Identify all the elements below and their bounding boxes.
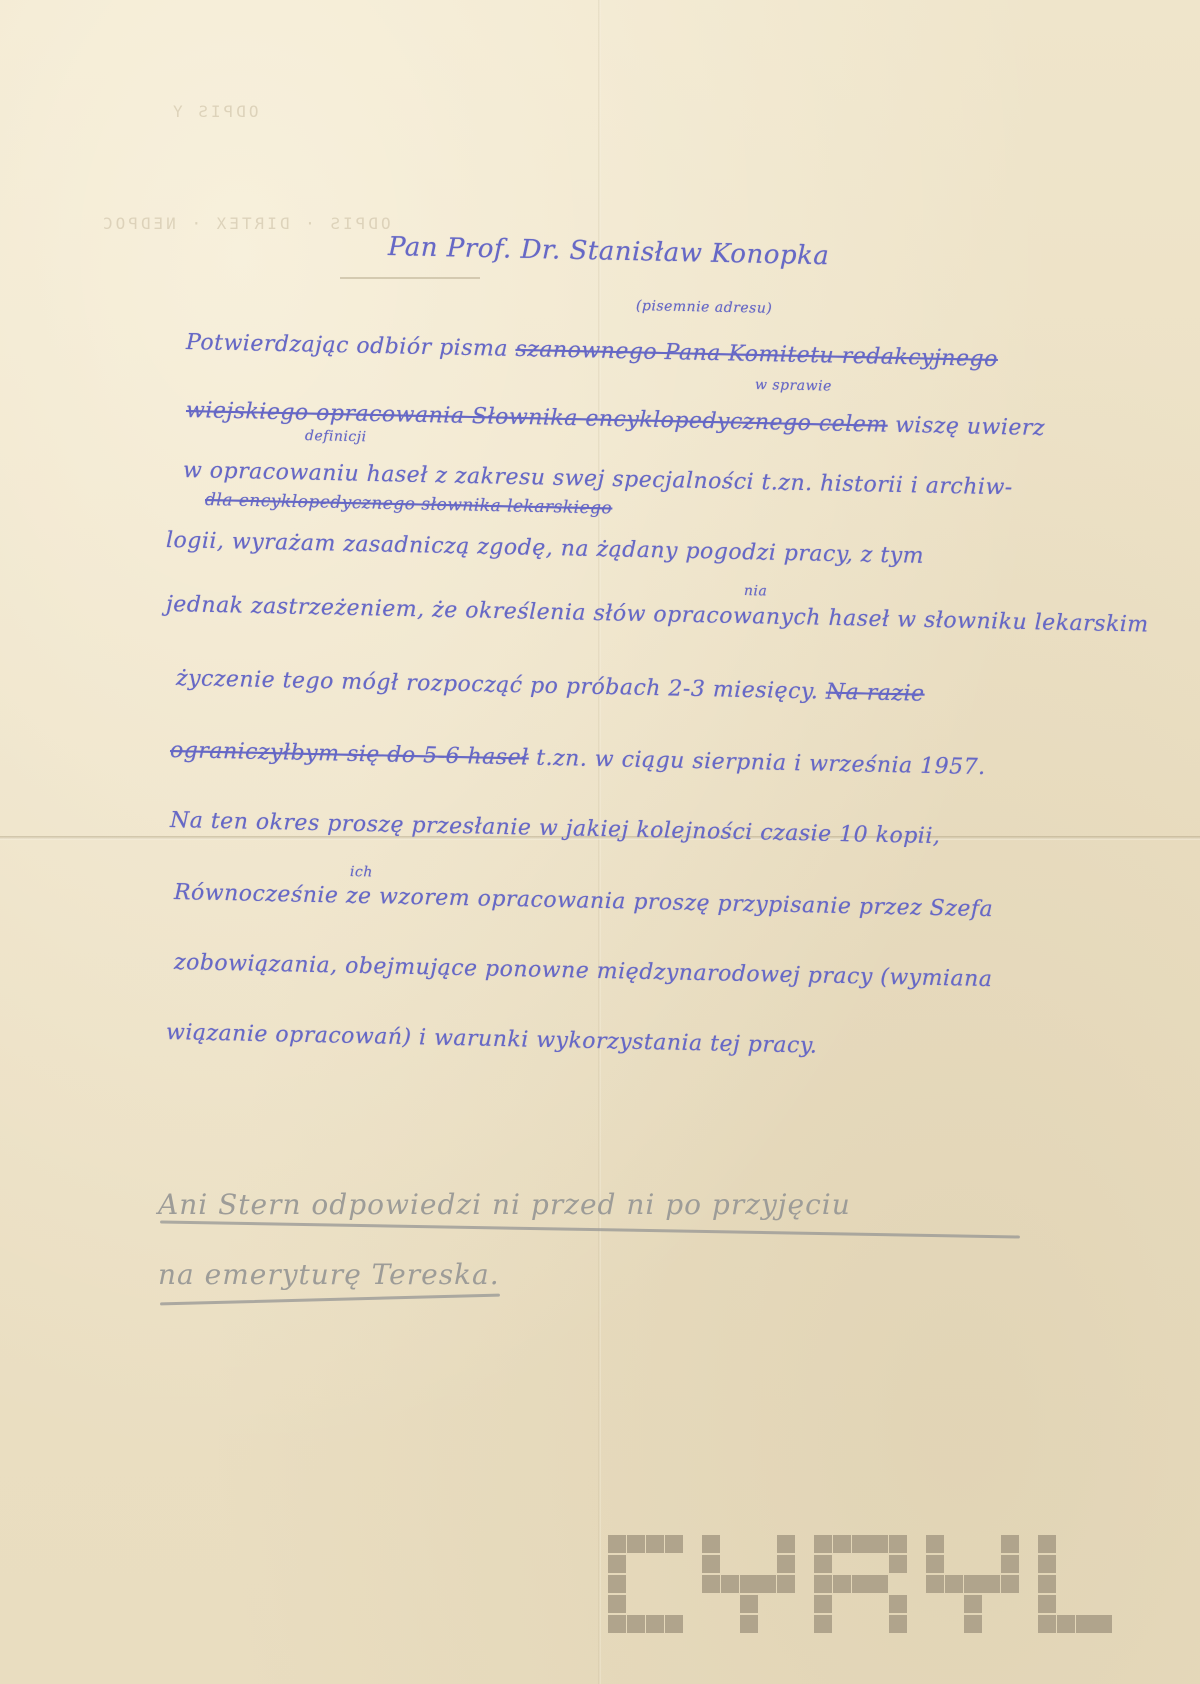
- salutation: Pan Prof. Dr. Stanisław Konopka: [388, 232, 830, 271]
- letter-line-1: Potwierdzając odbiór pisma szanownego Pa…: [186, 330, 998, 372]
- letter-line-6: jednak zastrzeżeniem, że określenia słów…: [166, 592, 1149, 638]
- insert-above-line-6: nia: [744, 583, 768, 599]
- letter-line-4-struck: dla encyklopedycznego słownika lekarskie…: [205, 490, 613, 519]
- insert-above-line-10: ich: [350, 864, 373, 880]
- pencil-note-line-2: na emeryturę Tereska.: [158, 1258, 500, 1291]
- letter-line-5: logii, wyrażam zasadniczą zgodę, na żąda…: [166, 528, 925, 569]
- letter-line-11: zobowiązania, obejmujące ponowne międzyn…: [174, 950, 993, 992]
- pencil-underline-2: [160, 1294, 500, 1306]
- letter-line-8: ograniczyłbym się do 5-6 haseł t.zn. w c…: [170, 738, 986, 780]
- pencil-note-line-1: Ani Stern odpowiedzi ni przed ni po przy…: [158, 1188, 851, 1221]
- insert-above-line-3: definicji: [305, 428, 367, 445]
- insert-above-line-2: w sprawie: [755, 377, 832, 395]
- ghost-underline: [340, 277, 480, 279]
- insert-above-line-1: (pisemnie adresu): [636, 298, 773, 317]
- ghost-typed-text-2: ODPIS · DIRTEX · NEDPOC: [100, 214, 391, 233]
- ghost-typed-text-1: ODPIS Y: [170, 102, 258, 121]
- letter-line-10: Równocześnie ze wzorem opracowania prosz…: [174, 880, 994, 922]
- pencil-underline-1: [160, 1220, 1020, 1238]
- letter-line-12: wiązanie opracowań) i warunki wykorzysta…: [166, 1020, 818, 1059]
- letter-line-9: Na ten okres proszę przesłanie w jakiej …: [170, 808, 941, 849]
- letter-line-7: życzenie tego mógł rozpocząć po próbach …: [176, 666, 925, 707]
